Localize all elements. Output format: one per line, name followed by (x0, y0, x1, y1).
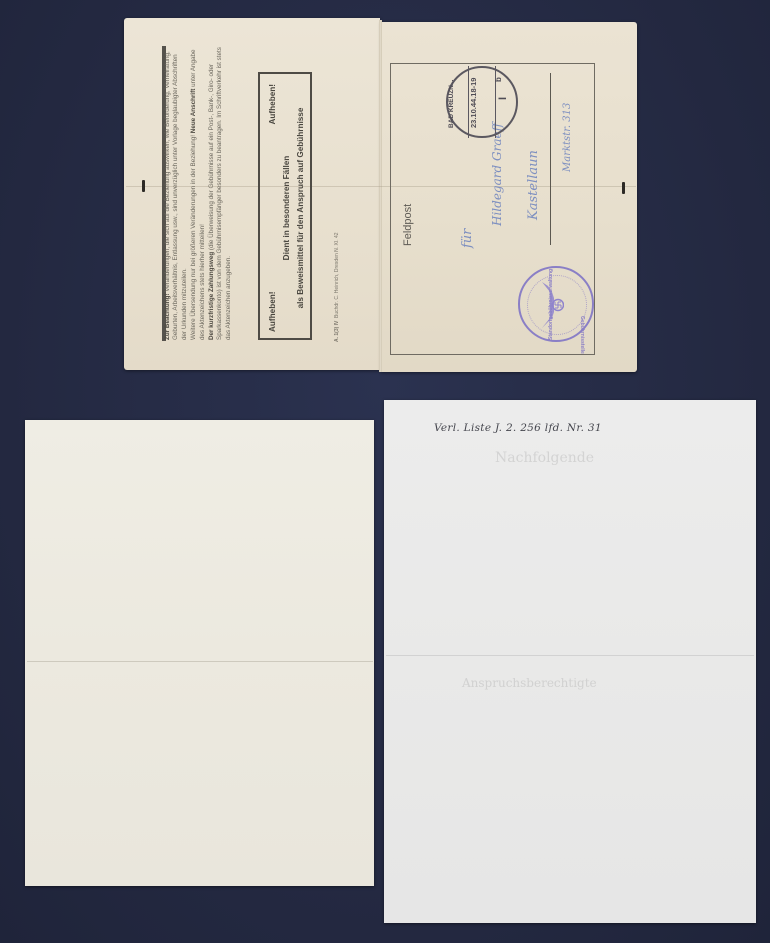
instruction-lead-1: Zur Beachtung! (164, 293, 171, 340)
seal-text-bottom: Standortgebührnisverwaltung (548, 269, 554, 340)
blank-sheet (25, 420, 374, 886)
seal-text-top: Gebührnisstelle (579, 316, 585, 354)
form-number: A. 1(3) IV (334, 321, 340, 342)
keep-notice-box: Aufheben! Aufheben! Dient in besonderen … (258, 72, 312, 340)
instruction-text-2: Weitere Übersendung nur bei größeren Ver… (190, 135, 197, 340)
keep-label-left: Aufheben! (268, 292, 277, 332)
card-fold-line (379, 20, 382, 372)
tear-mark-left (142, 180, 145, 192)
letter-sheet (384, 400, 756, 923)
printer-imprint: Buchdr. C. Heinrich, Dresden N. XI. 42 (334, 232, 340, 318)
postmark-date: 23.10.44.18-19 (469, 78, 478, 128)
instructions-block: Zur Beachtung! Veränderungen, die sich a… (164, 45, 242, 340)
faint-line: Anspruchsberechtigte (462, 676, 597, 690)
address-underline (550, 73, 551, 245)
address-line-1: für (460, 229, 475, 248)
keep-line-1: Dient in besonderen Fällen (282, 74, 291, 342)
feldpost-heading: Feldpost (402, 204, 414, 246)
address-line-4: Marktstr. 313 (562, 103, 573, 172)
address-line-3: Kastellaun (526, 150, 541, 220)
keep-label-right: Aufheben! (268, 84, 277, 124)
handwritten-reference-note: Verl. Liste J. 2. 256 lfd. Nr. 31 (434, 422, 602, 434)
address-line-2: Hildegard Graeff (490, 123, 504, 226)
postmark-place: BAD KREUZN... (448, 80, 455, 128)
tear-mark-right (622, 182, 625, 194)
instruction-lead-4: Der kurzfristige Zahlungsweg (208, 252, 215, 340)
faint-heading: Nachfolgende (495, 450, 594, 466)
instruction-lead-3: Neue Anschrift (190, 89, 197, 134)
postmark-letter: I (497, 97, 509, 100)
postmark (446, 66, 518, 138)
sheet-right-crease (386, 655, 754, 656)
keep-line-2: als Beweismittel für den Anspruch auf Ge… (296, 74, 305, 342)
postmark-sub: b (494, 77, 503, 82)
sheet-left-crease (27, 661, 373, 662)
